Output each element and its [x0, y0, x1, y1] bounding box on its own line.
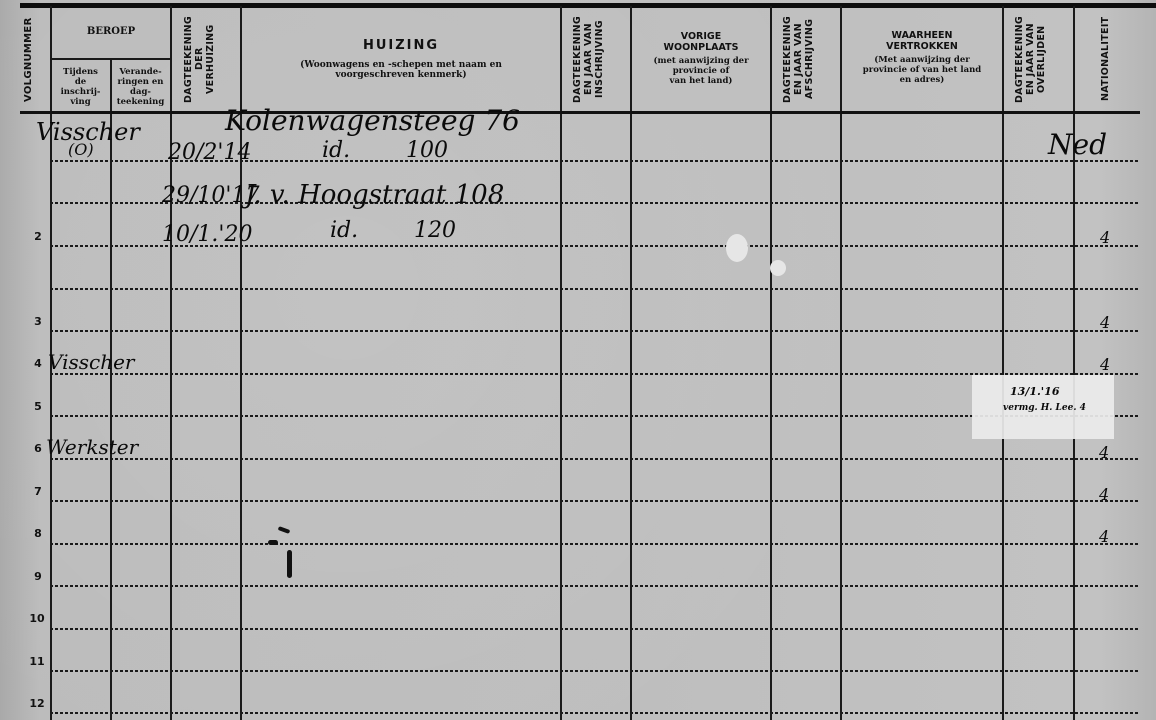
handwritten-huizing-2: id. 100 — [322, 138, 448, 163]
header-beroep-veranderingen: Verande- ringen en dag- teekening — [111, 67, 170, 107]
header-waarheen-vertrokken-subtitle: (Met aanwijzing der provincie of van het… — [842, 55, 1002, 85]
header-vorige-woonplaats: VORIGE WOONPLAATS — [632, 31, 770, 53]
row-number: 11 — [26, 655, 48, 668]
row-line — [50, 628, 1140, 630]
header-beroep: BEROEP — [52, 26, 170, 37]
beroep-subrule — [50, 58, 170, 60]
row-line — [50, 543, 1140, 545]
header-dagteekening-inschrijving: DAGTEEKENING EN JAAR VAN INSCHRIJVING — [572, 10, 618, 108]
row-number: 8 — [30, 527, 46, 540]
header-vorige-woonplaats-subtitle: (met aanwijzing der provincie of van het… — [632, 56, 770, 86]
row-number: 4 — [30, 357, 46, 370]
row-number: 2 — [30, 230, 46, 243]
header-dagteekening-overlijden: DAGTEEKENING EN JAAR VAN OVERLIJDEN — [1014, 10, 1060, 108]
handwritten-overlijden-date: 13/1.'16 — [1010, 385, 1059, 398]
row-line — [50, 458, 1140, 460]
header-beroep-inschrijving: Tijdens de inschrij- ving — [51, 67, 110, 107]
handwritten-beroep-1-note: (O) — [68, 140, 94, 159]
handwritten-huizing-4: id. 120 — [330, 218, 456, 243]
row-number: 12 — [26, 697, 48, 710]
handwritten-beroep-6: Werkster — [46, 435, 138, 459]
handwritten-nationaliteit-1: Ned — [1048, 128, 1107, 161]
row-line — [50, 330, 1140, 332]
ink-blot — [287, 550, 292, 578]
row-number: 6 — [30, 442, 46, 455]
row-number: 9 — [30, 570, 46, 583]
nationaliteit-mark: 4 — [1100, 313, 1110, 332]
nationaliteit-mark: 4 — [1100, 355, 1110, 374]
paper-damage-spot — [770, 260, 786, 276]
nationaliteit-mark: 4 — [1100, 228, 1110, 247]
row-line — [50, 712, 1140, 714]
header-nationaliteit: NATIONALITEIT — [1100, 10, 1116, 108]
paper-damage-spot — [726, 234, 748, 262]
nationaliteit-mark: 4 — [1099, 485, 1109, 504]
register-page: VOLGNUMMER BEROEP Tijdens de inschrij- v… — [0, 0, 1156, 720]
handwritten-date-1: 20/2'14 — [168, 140, 251, 165]
row-number: 5 — [30, 400, 46, 413]
header-volgnummer: VOLGNUMMER — [23, 12, 34, 108]
row-number: 10 — [26, 612, 48, 625]
header-huizing-subtitle: (Woonwagens en -schepen met naam en voor… — [242, 60, 560, 80]
handwritten-huizing-3: J. v. Hoogstraat 108 — [245, 180, 504, 210]
header-dagteekening-verhuizing: DAGTEEKENING DER VERHUIZING — [183, 10, 229, 108]
header-waarheen-vertrokken: WAARHEEN VERTROKKEN — [842, 30, 1002, 52]
header-huizing: HUIZING — [242, 38, 560, 53]
row-line — [50, 670, 1140, 672]
ink-blot — [268, 540, 278, 545]
column-line — [110, 58, 112, 720]
row-line — [50, 288, 1140, 290]
handwritten-huizing-1: Kolenwagensteeg 76 — [225, 104, 520, 137]
handwritten-overlijden-note: vermg. H. Lee. 4 — [1003, 403, 1086, 413]
row-number: 7 — [30, 485, 46, 498]
nationaliteit-mark: 4 — [1099, 443, 1109, 462]
header-rule — [20, 111, 1140, 114]
row-line — [50, 500, 1140, 502]
handwritten-date-3: 10/1.'20 — [162, 222, 252, 247]
ink-blot — [278, 526, 291, 534]
handwritten-beroep-4: Visscher — [48, 350, 135, 374]
nationaliteit-mark: 4 — [1099, 527, 1109, 546]
row-line — [50, 585, 1140, 587]
row-number: 3 — [30, 315, 46, 328]
header-dagteekening-afschrijving: DAGTEEKENING EN JAAR VAN AFSCHRIJVING — [782, 10, 828, 108]
top-border — [20, 3, 1156, 8]
